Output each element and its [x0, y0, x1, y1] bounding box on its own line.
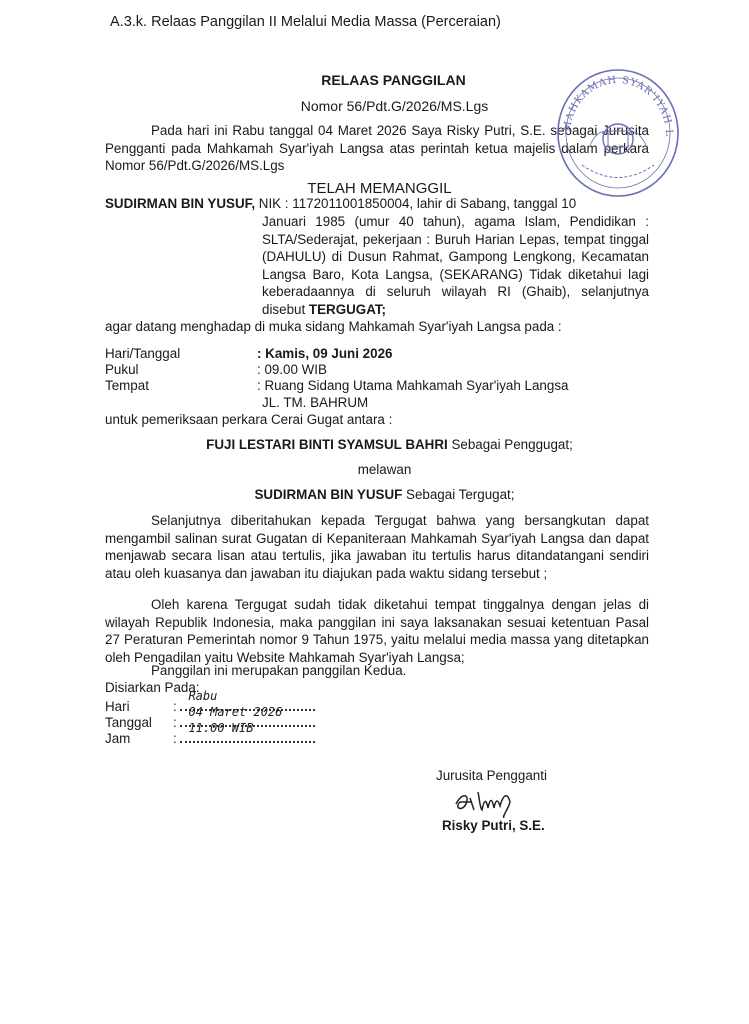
- hearing-date-value: : Kamis, 09 Juni 2026: [257, 346, 392, 361]
- broadcast-time-label: Jam: [105, 731, 173, 746]
- broadcast-date-value: 04 Maret 2026: [188, 705, 282, 719]
- second-summons-paragraph: Panggilan ini merupakan panggilan Kedua.: [105, 662, 649, 680]
- plaintiff-role: Sebagai Penggugat;: [448, 437, 573, 452]
- hearing-place-value: : Ruang Sidang Utama Mahkamah Syar'iyah …: [257, 378, 568, 393]
- defendant-designation: TERGUGAT;: [309, 302, 386, 317]
- broadcast-time-value: 11.00 WIB: [188, 721, 253, 735]
- defendant-nik: NIK : 1172011001850004, lahir di Sabang,…: [255, 196, 576, 211]
- hearing-place-row: Tempat: Ruang Sidang Utama Mahkamah Syar…: [105, 378, 568, 393]
- defendant-party-role: Sebagai Tergugat;: [402, 487, 514, 502]
- hearing-time-row: Pukul: 09.00 WIB: [105, 362, 327, 377]
- broadcast-time-row: Jam: 11.00 WIB: [105, 729, 315, 746]
- signature-scribble-icon: [452, 782, 532, 821]
- hearing-time-label: Pukul: [105, 362, 257, 377]
- plaintiff-name: FUJI LESTARI BINTI SYAMSUL BAHRI: [206, 437, 448, 452]
- defendant-name: SUDIRMAN BIN YUSUF,: [105, 196, 255, 211]
- broadcast-day-value: Rabu: [188, 689, 217, 703]
- notice-paragraph: Selanjutnya diberitahukan kepada Terguga…: [105, 512, 649, 582]
- hearing-date-row: Hari/Tanggal: Kamis, 09 Juni 2026: [105, 346, 392, 361]
- svg-text:MAHKAMAH SYAR'IYAH LANGSA: MAHKAMAH SYAR'IYAH LANGSA: [552, 65, 674, 137]
- plaintiff-line: FUJI LESTARI BINTI SYAMSUL BAHRI Sebagai…: [0, 437, 749, 452]
- versus-text: melawan: [0, 462, 749, 477]
- hearing-date-label: Hari/Tanggal: [105, 346, 257, 361]
- document-code-header: A.3.k. Relaas Panggilan II Melalui Media…: [110, 14, 501, 30]
- broadcast-time-field: 11.00 WIB: [180, 729, 315, 743]
- defendant-party-name: SUDIRMAN BIN YUSUF: [255, 487, 403, 502]
- signature-title: Jurusita Pengganti: [436, 768, 547, 783]
- defendant-party-line: SUDIRMAN BIN YUSUF Sebagai Tergugat;: [0, 487, 749, 502]
- hearing-place-street: JL. TM. BAHRUM: [262, 395, 368, 410]
- hearing-time-value: : 09.00 WIB: [257, 362, 327, 377]
- defendant-line: SUDIRMAN BIN YUSUF, NIK : 11720110018500…: [105, 196, 576, 211]
- court-stamp-icon: MAHKAMAH SYAR'IYAH LANGSA: [552, 65, 684, 200]
- defendant-details: Januari 1985 (umur 40 tahun), agama Isla…: [262, 213, 649, 319]
- summons-intro: agar datang menghadap di muka sidang Mah…: [105, 319, 562, 334]
- broadcast-date-label: Tanggal: [105, 715, 173, 730]
- broadcast-day-label: Hari: [105, 699, 173, 714]
- case-intro: untuk pemeriksaan perkara Cerai Gugat an…: [105, 412, 392, 427]
- broadcast-heading: Disiarkan Pada:: [105, 680, 200, 695]
- reason-paragraph: Oleh karena Tergugat sudah tidak diketah…: [105, 596, 649, 666]
- signature-name: Risky Putri, S.E.: [442, 818, 545, 833]
- hearing-place-label: Tempat: [105, 378, 257, 393]
